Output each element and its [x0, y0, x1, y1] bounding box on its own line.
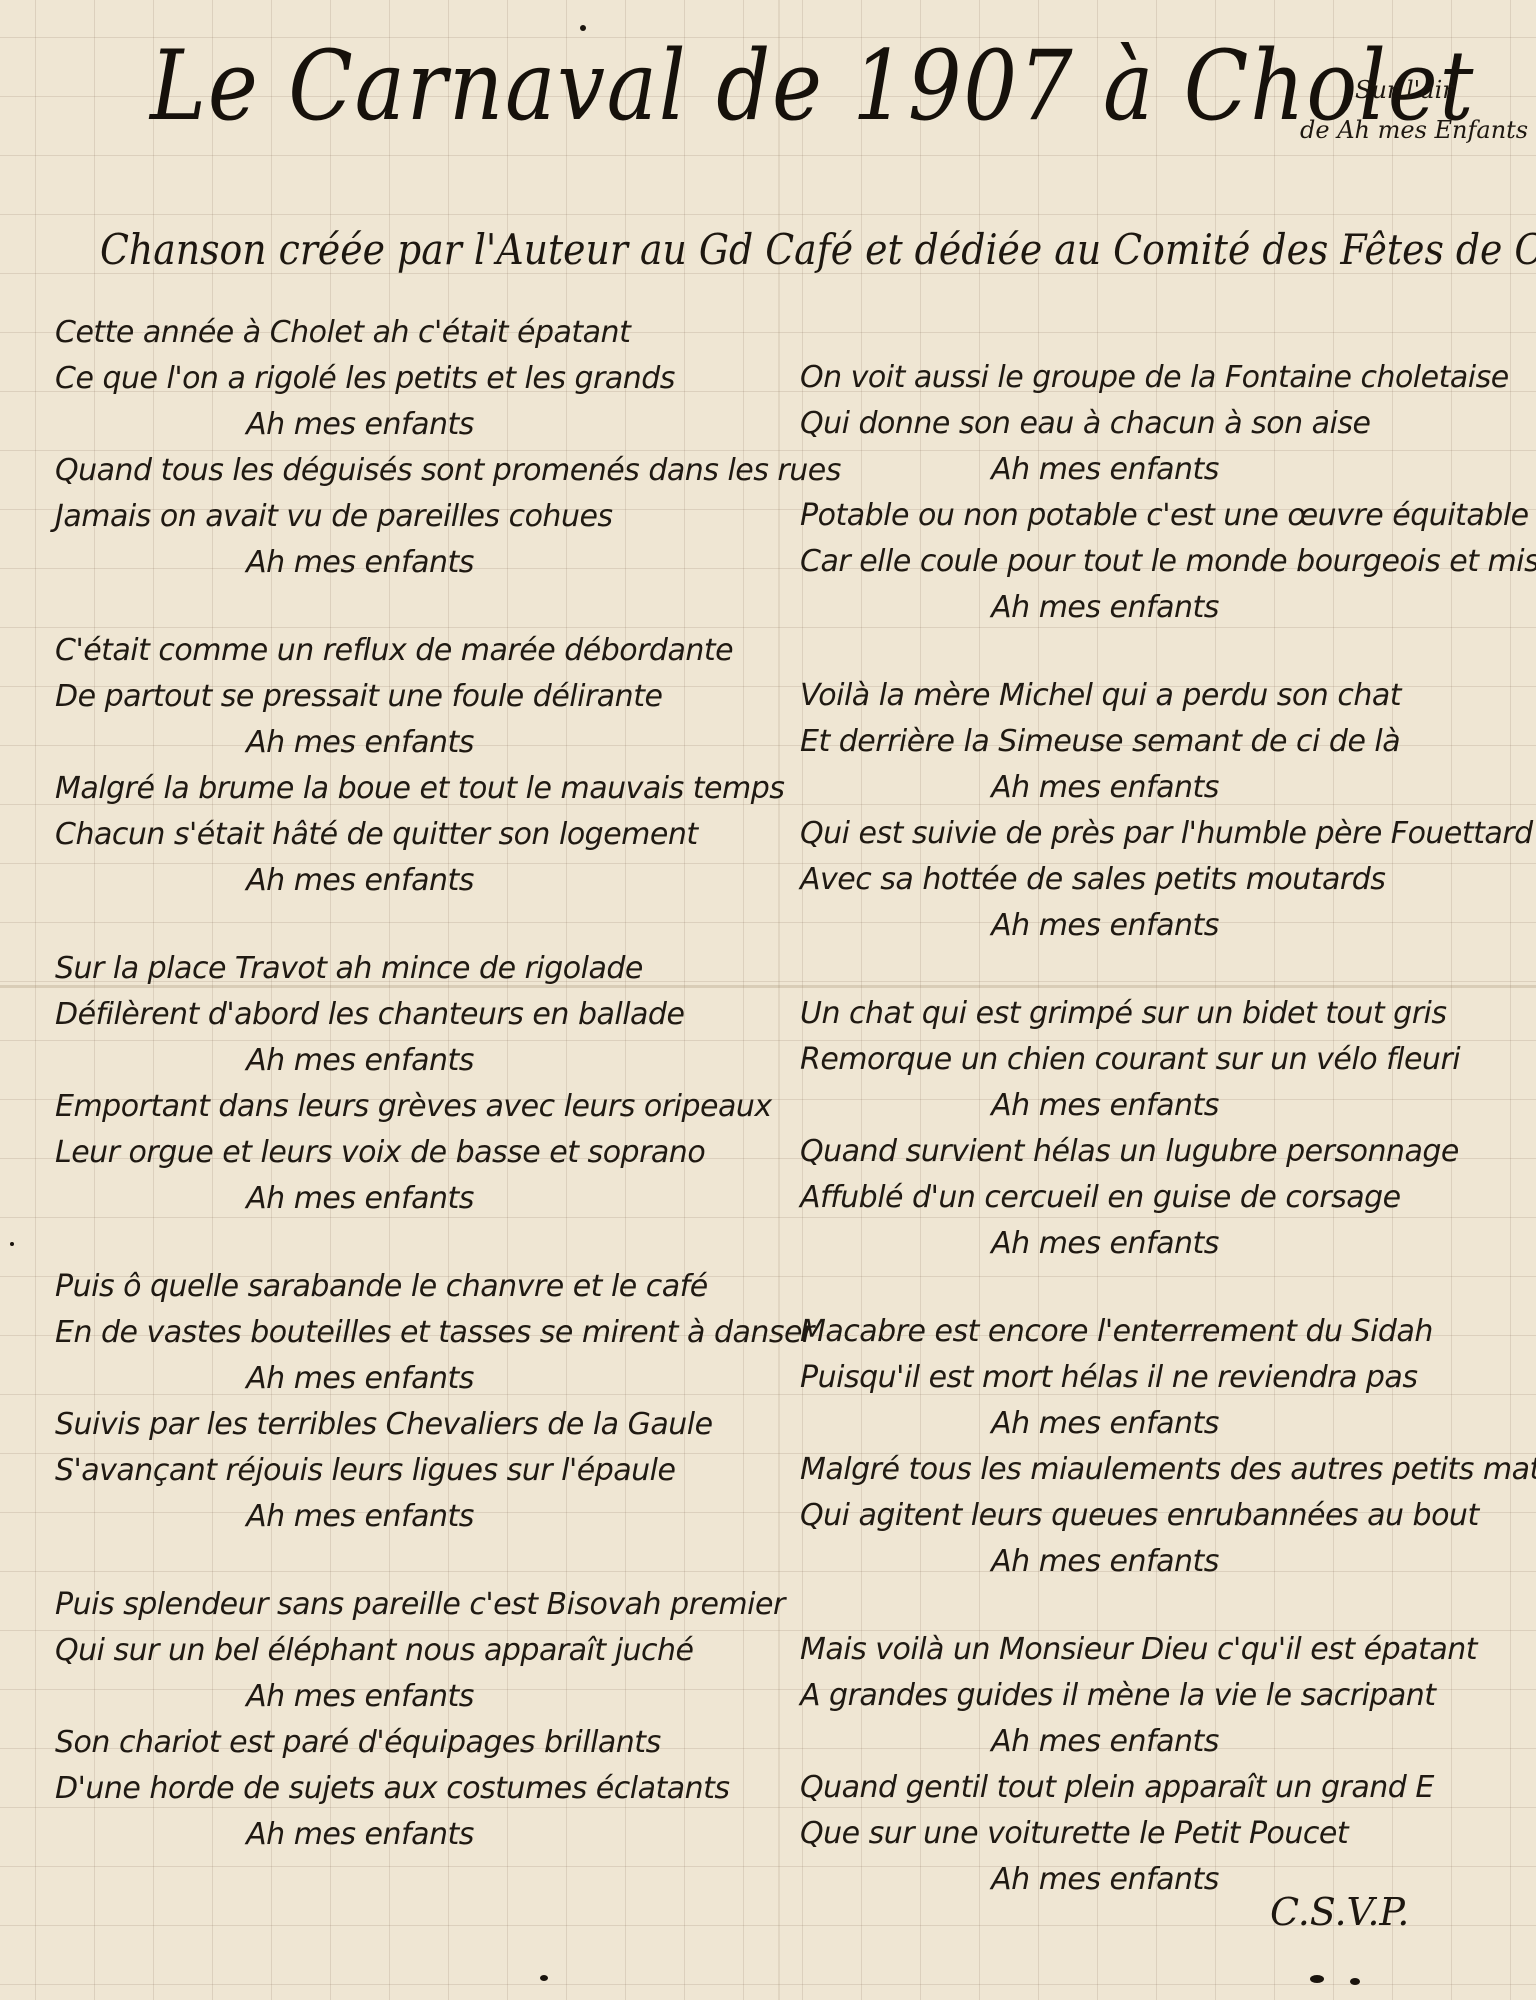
ink-speck — [10, 1242, 14, 1246]
paper-fold-vertical — [778, 0, 780, 2000]
ink-speck — [540, 1975, 548, 1981]
verse-line: S'avançant réjouis leurs ligues sur l'ép… — [55, 1448, 755, 1494]
verse-line: Son chariot est paré d'équipages brillan… — [55, 1720, 755, 1766]
verse-line: Quand gentil tout plein apparaît un gran… — [800, 1765, 1500, 1811]
air-note: Sur l'air de Ah mes Enfants — [1300, 70, 1536, 150]
left-column: Cette année à Cholet ah c'était épatant … — [55, 310, 755, 1900]
verse-line: Que sur une voiturette le Petit Poucet — [800, 1811, 1500, 1857]
refrain-line: Ah mes enfants — [55, 1038, 755, 1084]
verse-line: Qui sur un bel éléphant nous apparaît ju… — [55, 1628, 755, 1674]
refrain-line: Ah mes enfants — [800, 1221, 1500, 1267]
verse-line: Affublé d'un cercueil en guise de corsag… — [800, 1175, 1500, 1221]
verse-line: Qui donne son eau à chacun à son aise — [800, 401, 1500, 447]
ink-speck — [1350, 1978, 1360, 1985]
verse-line: Emportant dans leurs grèves avec leurs o… — [55, 1084, 755, 1130]
refrain-line: Ah mes enfants — [55, 1812, 755, 1858]
verse-line: Macabre est encore l'enterrement du Sida… — [800, 1309, 1500, 1355]
verse-line: Quand survient hélas un lugubre personna… — [800, 1129, 1500, 1175]
verse-line: Puis ô quelle sarabande le chanvre et le… — [55, 1264, 755, 1310]
right-column: On voit aussi le groupe de la Fontaine c… — [800, 355, 1500, 1945]
stanza: Cette année à Cholet ah c'était épatant … — [55, 310, 755, 586]
verse-line: De partout se pressait une foule déliran… — [55, 674, 755, 720]
refrain-line: Ah mes enfants — [55, 1494, 755, 1540]
refrain-line: Ah mes enfants — [55, 858, 755, 904]
verse-line: Qui agitent leurs queues enrubannées au … — [800, 1493, 1500, 1539]
stanza: Un chat qui est grimpé sur un bidet tout… — [800, 991, 1500, 1267]
stanza: Mais voilà un Monsieur Dieu c'qu'il est … — [800, 1627, 1500, 1903]
verse-line: Puis splendeur sans pareille c'est Bisov… — [55, 1582, 755, 1628]
ink-speck — [1310, 1975, 1324, 1983]
refrain-line: Ah mes enfants — [55, 1674, 755, 1720]
verse-line: Quand tous les déguisés sont promenés da… — [55, 448, 755, 494]
song-title: Le Carnaval de 1907 à Cholet — [150, 30, 1475, 142]
refrain-line: Ah mes enfants — [800, 447, 1500, 493]
verse-line: Avec sa hottée de sales petits moutards — [800, 857, 1500, 903]
verse-line: Potable ou non potable c'est une œuvre é… — [800, 493, 1500, 539]
refrain-line: Ah mes enfants — [55, 1176, 755, 1222]
air-note-line1: Sur l'air — [1300, 70, 1536, 110]
verse-line: On voit aussi le groupe de la Fontaine c… — [800, 355, 1500, 401]
refrain-line: Ah mes enfants — [800, 1719, 1500, 1765]
stanza: On voit aussi le groupe de la Fontaine c… — [800, 355, 1500, 631]
verse-line: Défilèrent d'abord les chanteurs en ball… — [55, 992, 755, 1038]
verse-line: Car elle coule pour tout le monde bourge… — [800, 539, 1500, 585]
verse-line: Malgré la brume la boue et tout le mauva… — [55, 766, 755, 812]
verse-line: Chacun s'était hâté de quitter son logem… — [55, 812, 755, 858]
stanza: Macabre est encore l'enterrement du Sida… — [800, 1309, 1500, 1585]
verse-line: Ce que l'on a rigolé les petits et les g… — [55, 356, 755, 402]
refrain-line: Ah mes enfants — [55, 540, 755, 586]
stanza: C'était comme un reflux de marée déborda… — [55, 628, 755, 904]
refrain-line: Ah mes enfants — [800, 1539, 1500, 1585]
stanza: Voilà la mère Michel qui a perdu son cha… — [800, 673, 1500, 949]
verse-line: Puisqu'il est mort hélas il ne reviendra… — [800, 1355, 1500, 1401]
verse-line: En de vastes bouteilles et tasses se mir… — [55, 1310, 755, 1356]
refrain-line: Ah mes enfants — [800, 585, 1500, 631]
verse-line: C'était comme un reflux de marée déborda… — [55, 628, 755, 674]
verse-line: Malgré tous les miaulements des autres p… — [800, 1447, 1500, 1493]
refrain-line: Ah mes enfants — [800, 1401, 1500, 1447]
ink-speck — [580, 25, 586, 31]
verse-line: A grandes guides il mène la vie le sacri… — [800, 1673, 1500, 1719]
signature: C.S.V.P. — [1270, 1890, 1409, 1934]
verse-line: Remorque un chien courant sur un vélo fl… — [800, 1037, 1500, 1083]
verse-line: Cette année à Cholet ah c'était épatant — [55, 310, 755, 356]
stanza: Sur la place Travot ah mince de rigolade… — [55, 946, 755, 1222]
stanza: Puis splendeur sans pareille c'est Bisov… — [55, 1582, 755, 1858]
refrain-line: Ah mes enfants — [55, 720, 755, 766]
verse-line: D'une horde de sujets aux costumes éclat… — [55, 1766, 755, 1812]
refrain-line: Ah mes enfants — [800, 765, 1500, 811]
verse-line: Et derrière la Simeuse semant de ci de l… — [800, 719, 1500, 765]
refrain-line: Ah mes enfants — [800, 903, 1500, 949]
refrain-line: Ah mes enfants — [55, 1356, 755, 1402]
refrain-line: Ah mes enfants — [800, 1083, 1500, 1129]
air-note-line2: de Ah mes Enfants — [1300, 116, 1528, 144]
stanza: Puis ô quelle sarabande le chanvre et le… — [55, 1264, 755, 1540]
verse-line: Qui est suivie de près par l'humble père… — [800, 811, 1500, 857]
verse-line: Suivis par les terribles Chevaliers de l… — [55, 1402, 755, 1448]
verse-line: Un chat qui est grimpé sur un bidet tout… — [800, 991, 1500, 1037]
verse-line: Jamais on avait vu de pareilles cohues — [55, 494, 755, 540]
verse-line: Sur la place Travot ah mince de rigolade — [55, 946, 755, 992]
verse-line: Mais voilà un Monsieur Dieu c'qu'il est … — [800, 1627, 1500, 1673]
verse-line: Leur orgue et leurs voix de basse et sop… — [55, 1130, 755, 1176]
verse-line: Voilà la mère Michel qui a perdu son cha… — [800, 673, 1500, 719]
refrain-line: Ah mes enfants — [55, 402, 755, 448]
manuscript-page: Le Carnaval de 1907 à Cholet Sur l'air d… — [0, 0, 1536, 2000]
song-subtitle: Chanson créée par l'Auteur au Gd Café et… — [100, 225, 1536, 274]
